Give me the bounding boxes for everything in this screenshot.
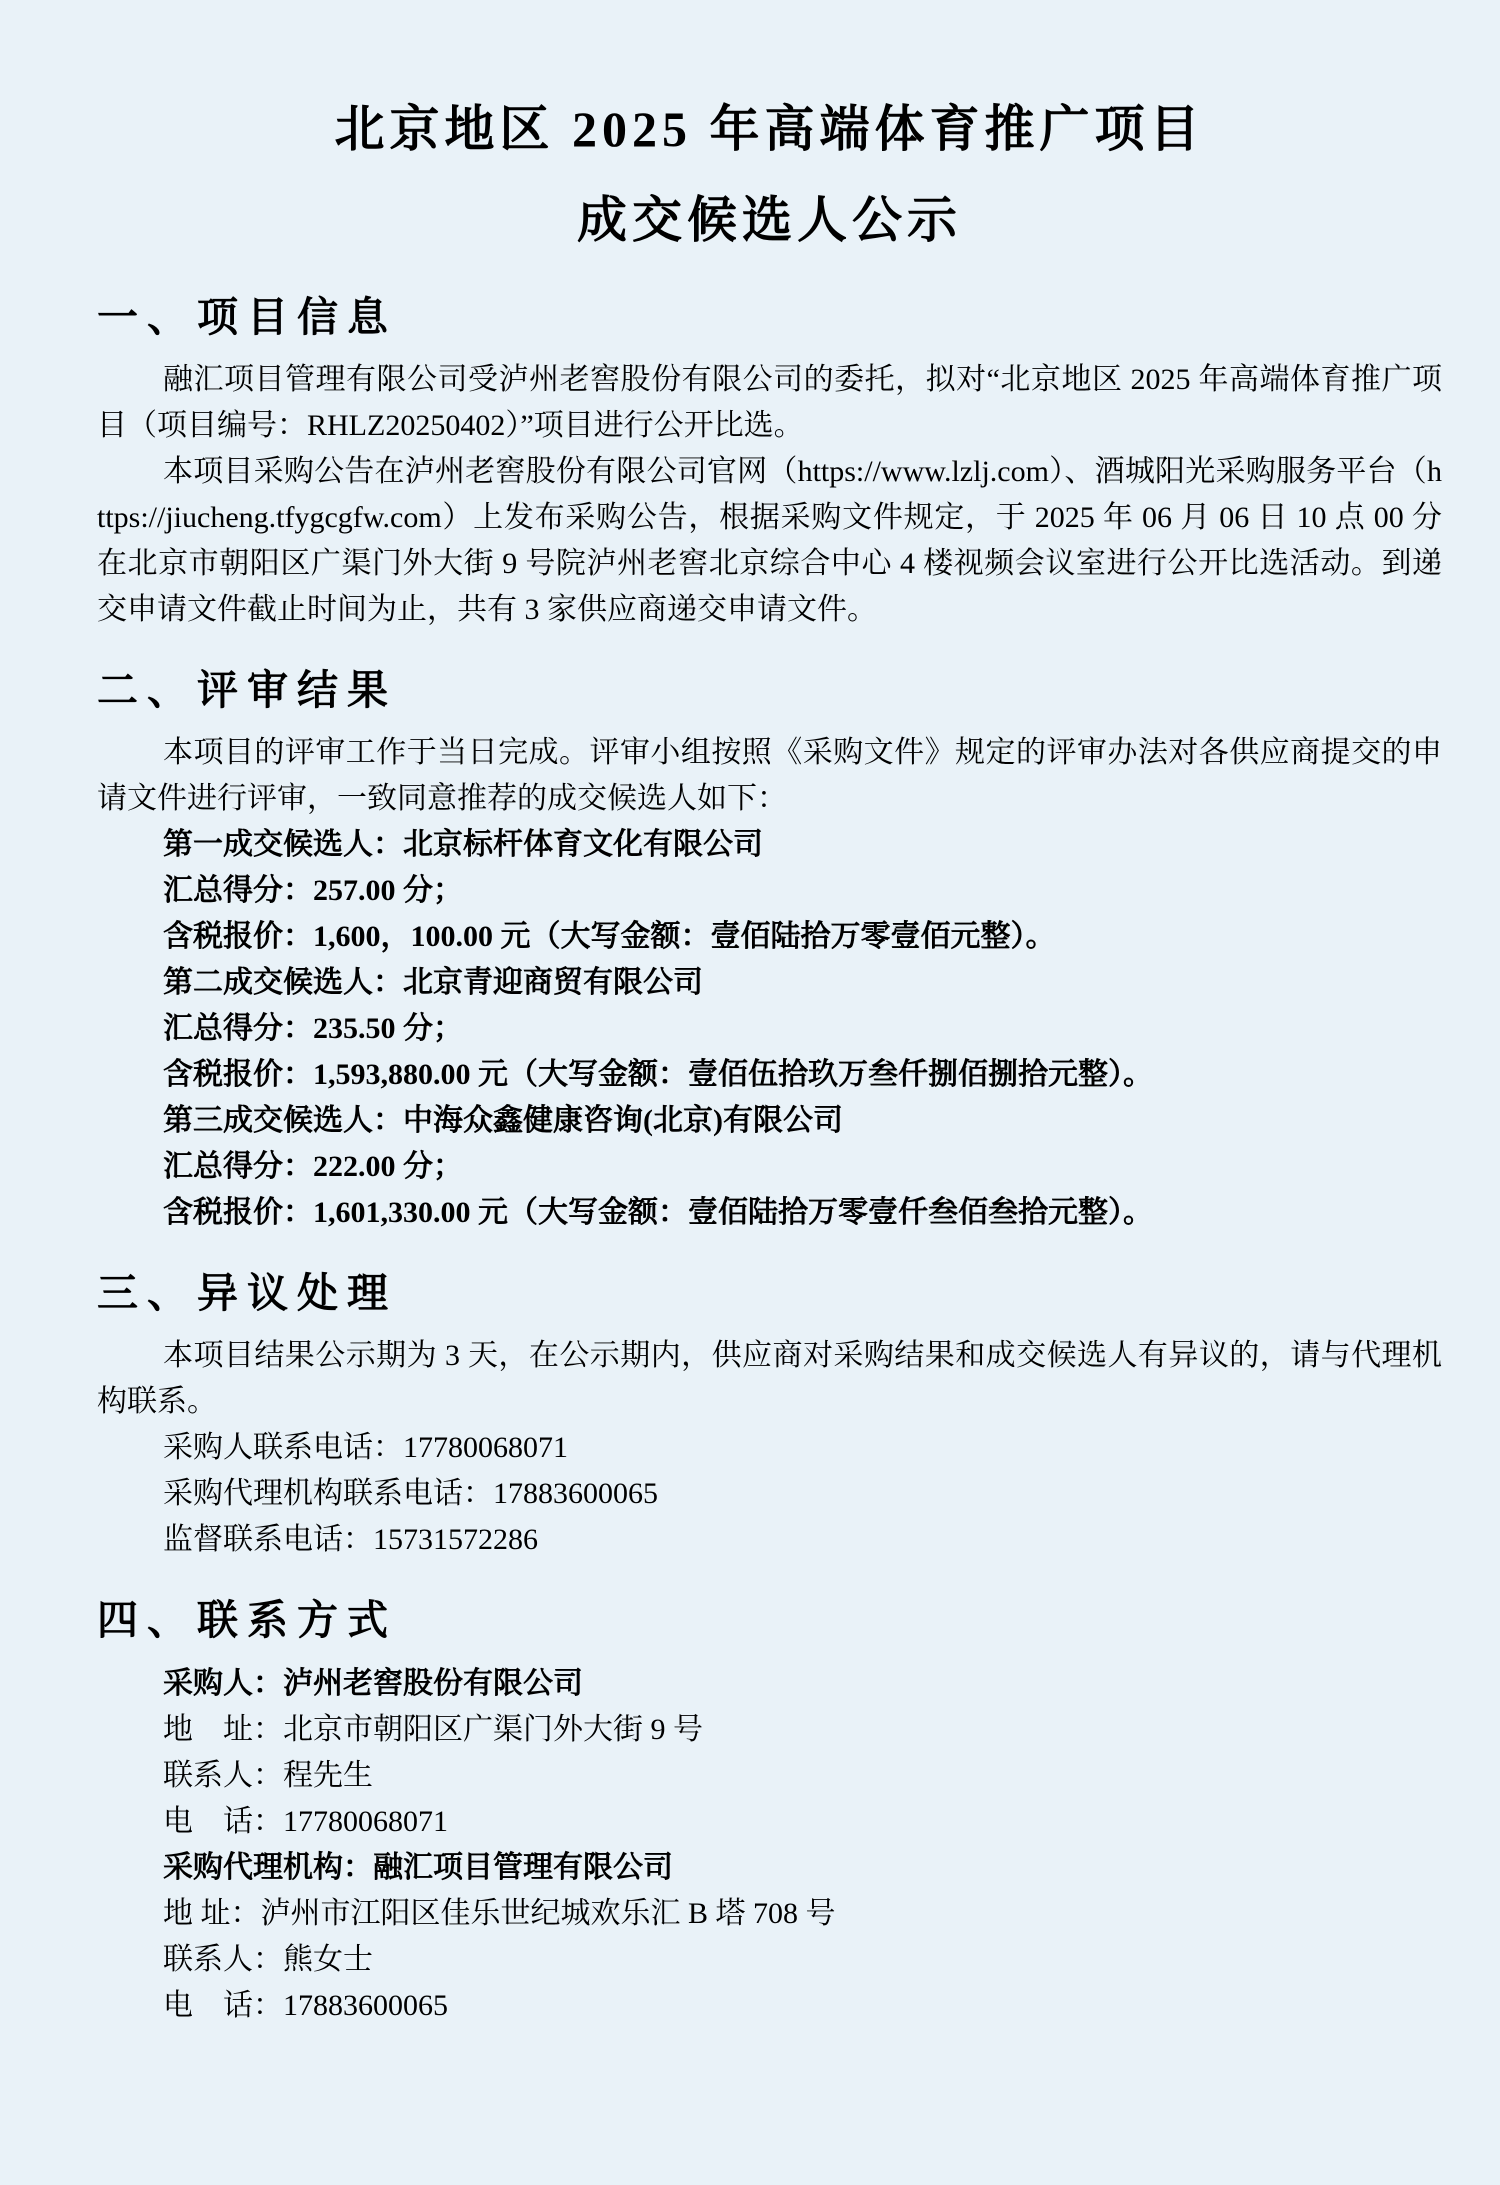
announcement-document: 北京地区 2025 年高端体育推广项目 成交候选人公示 一、项目信息 融汇项目管… [0,0,1500,2185]
buyer-phone-line: 电 话：17780068071 [97,1799,1442,1845]
agency-name-line: 采购代理机构：融汇项目管理有限公司 [97,1845,1442,1891]
supervision-phone-line: 监督联系电话：15731572286 [97,1517,1442,1563]
candidate-1-price-line: 含税报价：1,600，100.00 元（大写金额：壹佰陆拾万零壹佰元整）。 [97,914,1442,960]
objection-period-paragraph: 本项目结果公示期为 3 天，在公示期内，供应商对采购结果和成交候选人有异议的，请… [97,1333,1442,1425]
agency-contact-person-line: 联系人：熊女士 [97,1937,1442,1983]
agency-contact-phone-line: 采购代理机构联系电话：17883600065 [97,1471,1442,1517]
buyer-name-line: 采购人：泸州老窖股份有限公司 [97,1661,1442,1707]
candidate-3-price-line: 含税报价：1,601,330.00 元（大写金额：壹佰陆拾万零壹仟叁佰叁拾元整）… [97,1190,1442,1236]
section-heading-review-results: 二、评审结果 [97,667,1442,714]
project-info-paragraph-1: 融汇项目管理有限公司受泸州老窖股份有限公司的委托，拟对“北京地区 2025 年高… [97,357,1442,449]
agency-phone-line: 电 话：17883600065 [97,1983,1442,2029]
candidate-3-rank-line: 第三成交候选人：中海众鑫健康咨询(北京)有限公司 [97,1098,1442,1144]
document-title-line2: 成交候选人公示 [97,194,1442,247]
candidate-1-score-line: 汇总得分：257.00 分； [97,868,1442,914]
candidate-3-score-line: 汇总得分：222.00 分； [97,1144,1442,1190]
project-info-paragraph-2: 本项目采购公告在泸州老窖股份有限公司官网（https://www.lzlj.co… [97,449,1442,633]
document-title-line1: 北京地区 2025 年高端体育推广项目 [97,103,1442,156]
buyer-address-line: 地 址：北京市朝阳区广渠门外大街 9 号 [97,1707,1442,1753]
candidate-2-score-line: 汇总得分：235.50 分； [97,1006,1442,1052]
candidate-2-price-line: 含税报价：1,593,880.00 元（大写金额：壹佰伍拾玖万叁仟捌佰捌拾元整）… [97,1052,1442,1098]
section-heading-contact-info: 四、联系方式 [97,1597,1442,1644]
section-heading-project-info: 一、项目信息 [97,294,1442,341]
buyer-contact-phone-line: 采购人联系电话：17780068071 [97,1425,1442,1471]
review-results-intro: 本项目的评审工作于当日完成。评审小组按照《采购文件》规定的评审办法对各供应商提交… [97,730,1442,822]
section-heading-objection-handling: 三、异议处理 [97,1270,1442,1317]
candidate-1-rank-line: 第一成交候选人：北京标杆体育文化有限公司 [97,822,1442,868]
agency-address-line: 地 址：泸州市江阳区佳乐世纪城欢乐汇 B 塔 708 号 [97,1891,1442,1937]
buyer-contact-person-line: 联系人：程先生 [97,1753,1442,1799]
candidate-2-rank-line: 第二成交候选人：北京青迎商贸有限公司 [97,960,1442,1006]
